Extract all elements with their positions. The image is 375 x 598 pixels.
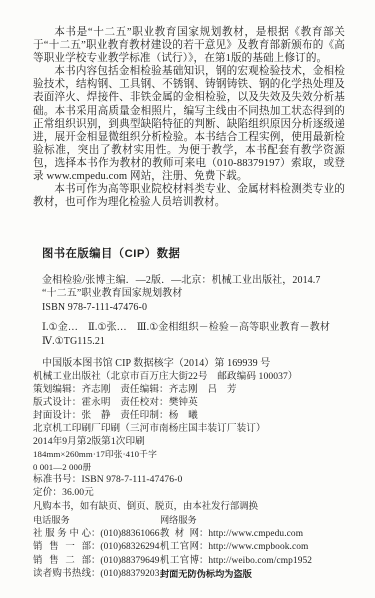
phone-number: (010)88379203 xyxy=(100,569,159,579)
imprint-section: 机械工业出版社（北京市百万庄大街22号 邮政编码 100037） 策划编辑：齐志… xyxy=(33,371,355,500)
intro-section: 本书是“十二五”职业教育国家规划教材，是根据《教育部关于“十二五”职业教育教材建… xyxy=(33,26,345,209)
publisher-address: 机械工业出版社（北京市百万庄大街22号 邮政编码 100037） xyxy=(33,371,355,384)
service-section: 凡购本书，如有缺页、倒页、脱页，由本社发行部调换 电话服务 网络服务 社服务中心… xyxy=(33,501,363,582)
colon-separator: ： xyxy=(91,529,100,539)
phone-number: (010)88361066 xyxy=(100,529,159,539)
printer-line: 北京机工印刷厂印刷（三河市南杨庄国丰装订厂装订） xyxy=(33,423,355,436)
service-row: 读者购书热线：(010)88379203 封面无防伪标均为盗版 xyxy=(33,568,363,582)
anti-piracy-warning: 封面无防伪标均为盗版 xyxy=(160,569,252,579)
cip-isbn-line: ISBN 978-7-111-47476-0 xyxy=(42,301,347,315)
service-row: 社服务中心：(010)88361066 教材网：http://www.cmped… xyxy=(33,528,363,541)
phone-label: 销售一部 xyxy=(33,541,91,554)
cip-title-line: 金相检验/张博主编．—2版．—北京：机械工业出版社，2014.7 xyxy=(42,274,347,288)
intro-paragraph-1: 本书是“十二五”职业教育国家规划教材，是根据《教育部关于“十二五”职业教育教材建… xyxy=(33,26,345,65)
phone-label: 销售二部 xyxy=(33,555,91,568)
web-url: http://www.cmpedu.com xyxy=(208,529,303,539)
phone-number: (010)68326294 xyxy=(100,542,159,552)
phone-service-header: 电话服务 xyxy=(33,514,160,527)
format-line: 184mm×260mm·17印张·410千字 xyxy=(33,448,355,461)
intro-paragraph-3: 本书可作为高等职业院校材料类专业、金属材料检测类专业的教材，也可作为理化检验人员… xyxy=(33,183,345,209)
editors-line-2: 版式设计：霍永明 责任校对：樊钟英 xyxy=(33,397,355,410)
phone-label: 社服务中心 xyxy=(33,528,91,541)
editors-line-1: 策划编辑：齐志刚 责任编辑：齐志刚 吕 芳 xyxy=(33,384,355,397)
cip-section: 图书在版编目（CIP）数据 金相检验/张博主编．—2版．—北京：机械工业出版社，… xyxy=(42,248,347,371)
web-service-header: 网络服务 xyxy=(160,514,363,527)
book-copyright-page: 本书是“十二五”职业教育国家规划教材，是根据《教育部关于“十二五”职业教育教材建… xyxy=(0,0,375,598)
colon-separator: ： xyxy=(91,542,100,552)
cip-record-number: 中国版本图书馆 CIP 数据核字（2014）第 169939 号 xyxy=(42,357,347,371)
web-label: 机工官博 xyxy=(160,555,199,568)
edition-line: 2014年9月第2版第1次印刷 xyxy=(33,436,355,449)
colon-separator: ： xyxy=(91,569,100,579)
web-label: 机工官网 xyxy=(160,541,199,554)
phone-label: 读者购书热线 xyxy=(33,568,91,581)
cip-classification-line-2: Ⅳ.①TG115.21 xyxy=(42,335,347,349)
web-url: http://www.cmpbook.com xyxy=(208,542,308,552)
editors-line-3: 封面设计：张 静 责任印制：杨 曦 xyxy=(33,410,355,423)
price-line: 定价：36.00元 xyxy=(33,487,355,500)
web-url: http://weibo.com/cmp1952 xyxy=(208,556,312,566)
service-row: 销售一部：(010)68326294 机工官网：http://www.cmpbo… xyxy=(33,541,363,554)
web-label: 教材网 xyxy=(160,528,199,541)
colon-separator: ： xyxy=(199,529,208,539)
cip-classification-line-1: Ⅰ.①金… Ⅱ.①张… Ⅲ.①金相组织－检验－高等职业教育－教材 xyxy=(42,321,347,335)
replacement-notice: 凡购本书，如有缺页、倒页、脱页，由本社发行部调换 xyxy=(33,501,363,514)
service-header-row: 电话服务 网络服务 xyxy=(33,514,363,527)
print-run-line: 0 001—2 000册 xyxy=(33,461,355,474)
colon-separator: ： xyxy=(199,556,208,566)
standard-isbn-line: 标准书号：ISBN 978-7-111-47476-0 xyxy=(33,474,355,487)
service-row: 销售二部：(010)88379649 机工官博：http://weibo.com… xyxy=(33,555,363,568)
cip-heading: 图书在版编目（CIP）数据 xyxy=(42,248,347,262)
cip-series-line: “十二五”职业教育国家规划教材 xyxy=(42,287,347,301)
colon-separator: ： xyxy=(91,556,100,566)
colon-separator: ： xyxy=(199,542,208,552)
intro-paragraph-2: 本书内容包括金相检验基础知识，钢的宏观检验技术，金相检验技术，结构钢、工具钢、不… xyxy=(33,65,345,183)
phone-number: (010)88379649 xyxy=(100,556,159,566)
